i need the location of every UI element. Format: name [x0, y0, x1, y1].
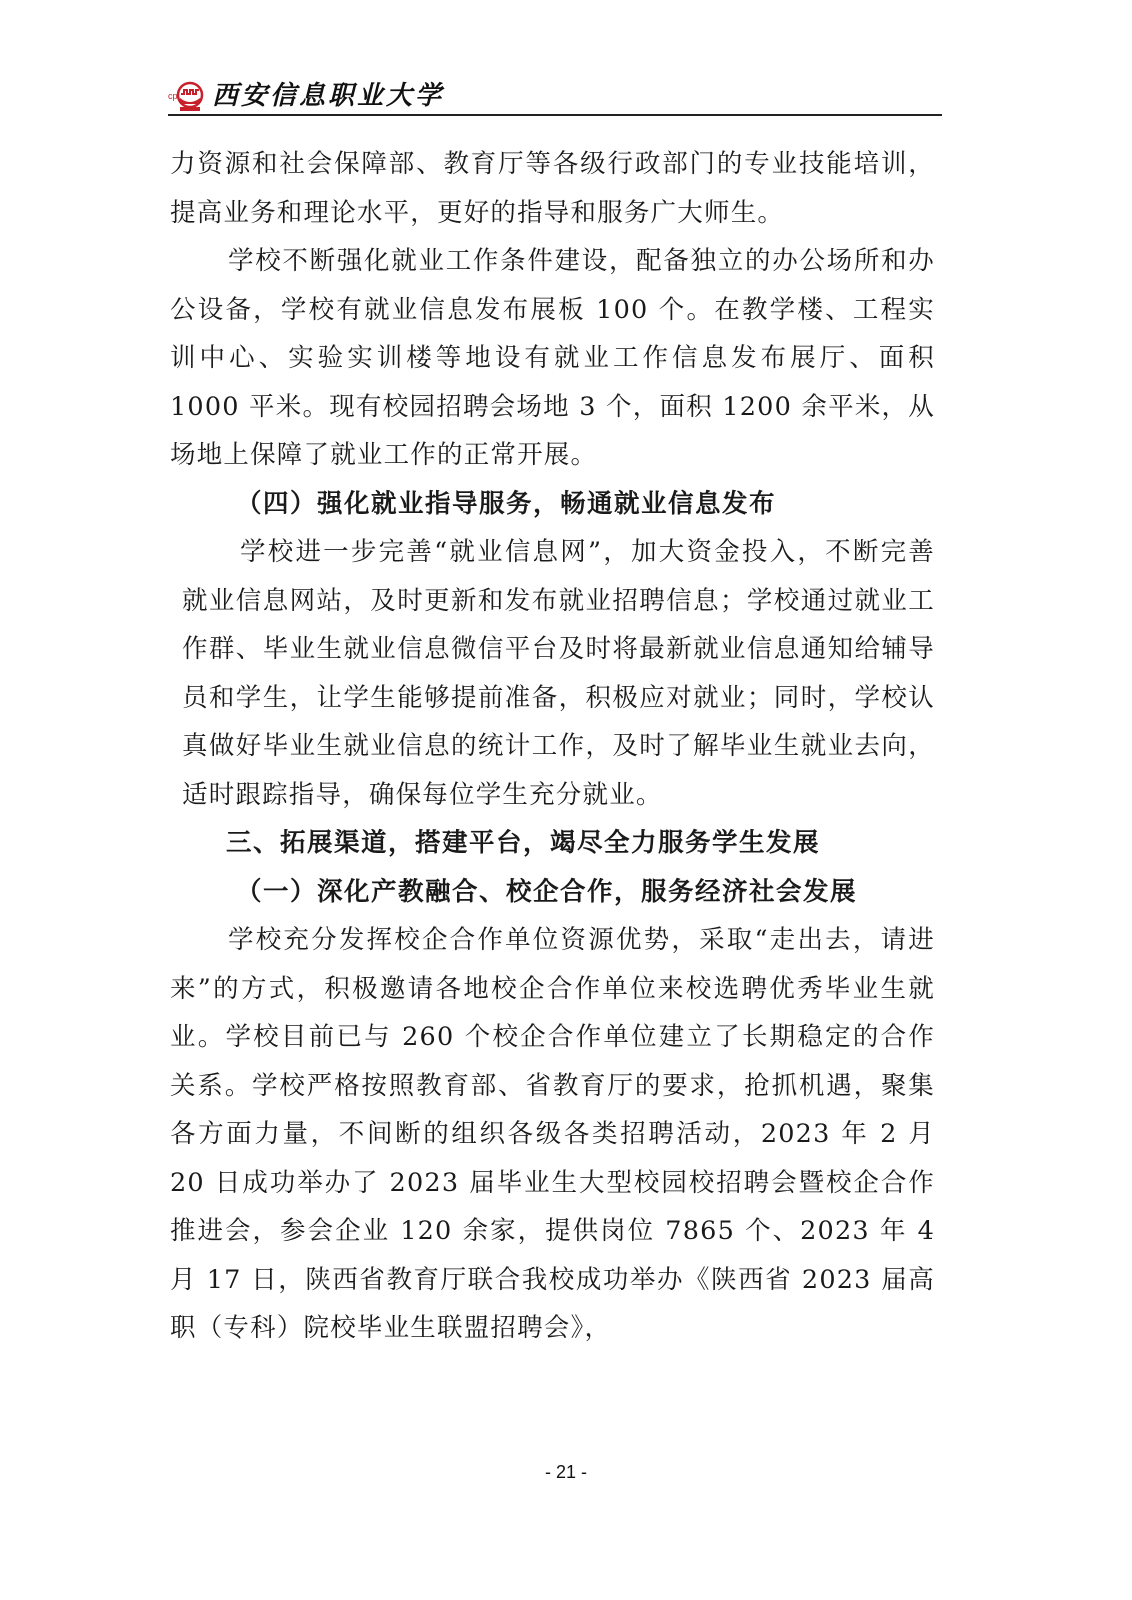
header-divider — [168, 114, 942, 116]
svg-text:cp: cp — [168, 91, 178, 101]
paragraph-employment-info: 学校进一步完善“就业信息网”，加大资金投入，不断完善就业信息网站，及时更新和发布… — [170, 528, 935, 819]
section-heading-4: （四）强化就业指导服务，畅通就业信息发布 — [170, 480, 935, 529]
page-header: cp 西安信息职业大学 — [168, 80, 942, 114]
chapter-heading-3: 三、拓展渠道，搭建平台，竭尽全力服务学生发展 — [170, 819, 935, 868]
subsection-heading-1: （一）深化产教融合、校企合作，服务经济社会发展 — [170, 868, 935, 917]
paragraph-continuation: 力资源和社会保障部、教育厅等各级行政部门的专业技能培训，提高业务和理论水平，更好… — [170, 140, 935, 237]
page-number: - 21 - — [0, 1462, 1132, 1483]
university-emblem-icon: cp — [168, 80, 206, 114]
paragraph-facilities: 学校不断强化就业工作条件建设，配备独立的办公场所和办公设备，学校有就业信息发布展… — [170, 237, 935, 480]
paragraph-school-enterprise: 学校充分发挥校企合作单位资源优势，采取“走出去，请进来”的方式，积极邀请各地校企… — [170, 916, 935, 1353]
document-body: 力资源和社会保障部、教育厅等各级行政部门的专业技能培训，提高业务和理论水平，更好… — [170, 140, 935, 1353]
university-name: 西安信息职业大学 — [212, 80, 444, 112]
